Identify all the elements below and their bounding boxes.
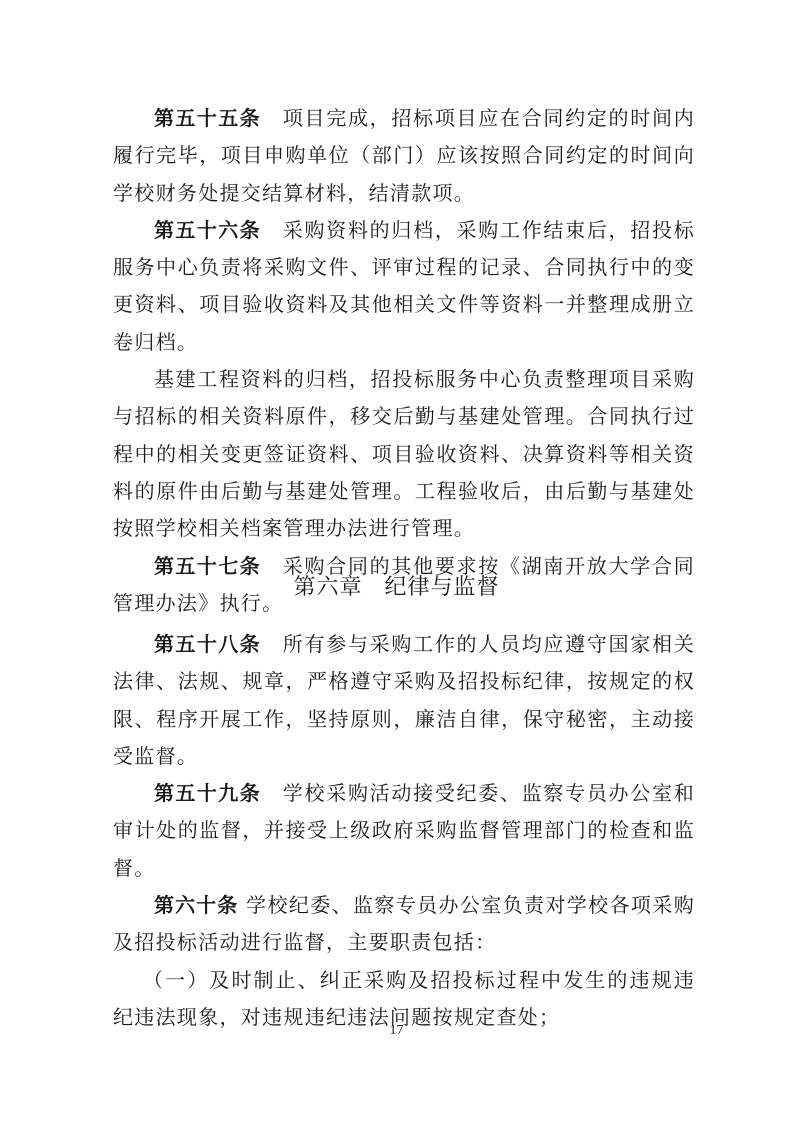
section-before-chapter: 第五十五条 项目完成，招标项目应在合同约定的时间内履行完毕，项目申购单位（部门）…	[113, 100, 695, 622]
article-number: 第五十六条	[154, 218, 261, 242]
article-number: 第五十八条	[154, 632, 261, 656]
list-item-text: （一）及时制止、纠正采购及招投标过程中发生的违规违纪违法现象，对违规违纪违法问题…	[113, 968, 695, 1029]
chapter-number: 第六章	[293, 575, 362, 600]
article-number: 第五十五条	[154, 106, 261, 130]
document-page: 第五十五条 项目完成，招标项目应在合同约定的时间内履行完毕，项目申购单位（部门）…	[0, 0, 793, 1122]
section-after-chapter: 第五十八条 所有参与采购工作的人员均应遵守国家相关法律、法规、规章，严格遵守采购…	[113, 626, 695, 1036]
article-58: 第五十八条 所有参与采购工作的人员均应遵守国家相关法律、法规、规章，严格遵守采购…	[113, 626, 695, 775]
article-number: 第五十九条	[154, 781, 261, 805]
article-56: 第五十六条 采购资料的归档，采购工作结束后，招投标服务中心负责将采购文件、评审过…	[113, 212, 695, 361]
chapter-heading: 第六章纪律与监督	[0, 570, 793, 601]
article-55: 第五十五条 项目完成，招标项目应在合同约定的时间内履行完毕，项目申购单位（部门）…	[113, 100, 695, 212]
archiving-paragraph: 基建工程资料的归档，招投标服务中心负责整理项目采购与招标的相关资料原件，移交后勤…	[113, 361, 695, 547]
chapter-title: 纪律与监督	[385, 575, 500, 600]
article-60: 第六十条 学校纪委、监察专员办公室负责对学校各项采购及招投标活动进行监督，主要职…	[113, 887, 695, 962]
article-number: 第六十条	[154, 893, 238, 917]
paragraph-text: 基建工程资料的归档，招投标服务中心负责整理项目采购与招标的相关资料原件，移交后勤…	[113, 367, 695, 540]
article-59: 第五十九条 学校采购活动接受纪委、监察专员办公室和审计处的监督，并接受上级政府采…	[113, 775, 695, 887]
page-number: 17	[0, 1023, 793, 1039]
